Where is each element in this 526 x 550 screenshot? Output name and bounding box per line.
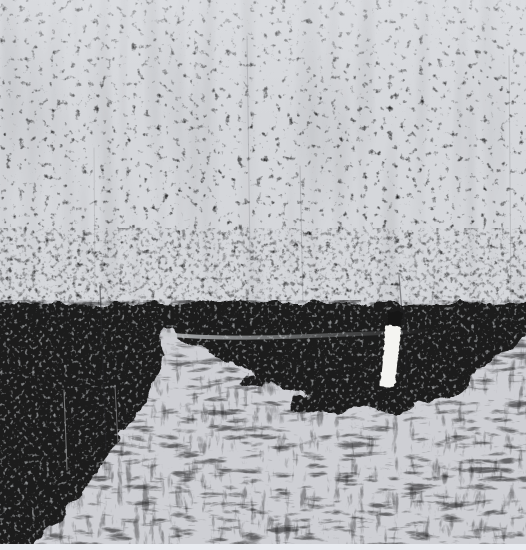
- artwork-print: [0, 0, 526, 550]
- sky-dense-grain-band: [0, 228, 526, 308]
- bank-fringe-3: [237, 377, 273, 387]
- artwork-image: [0, 0, 526, 550]
- marker-post-cap: [387, 311, 403, 328]
- top-light-fade: [0, 0, 526, 120]
- bottom-margin-strip: [0, 544, 526, 550]
- bank-fringe-2: [358, 400, 414, 412]
